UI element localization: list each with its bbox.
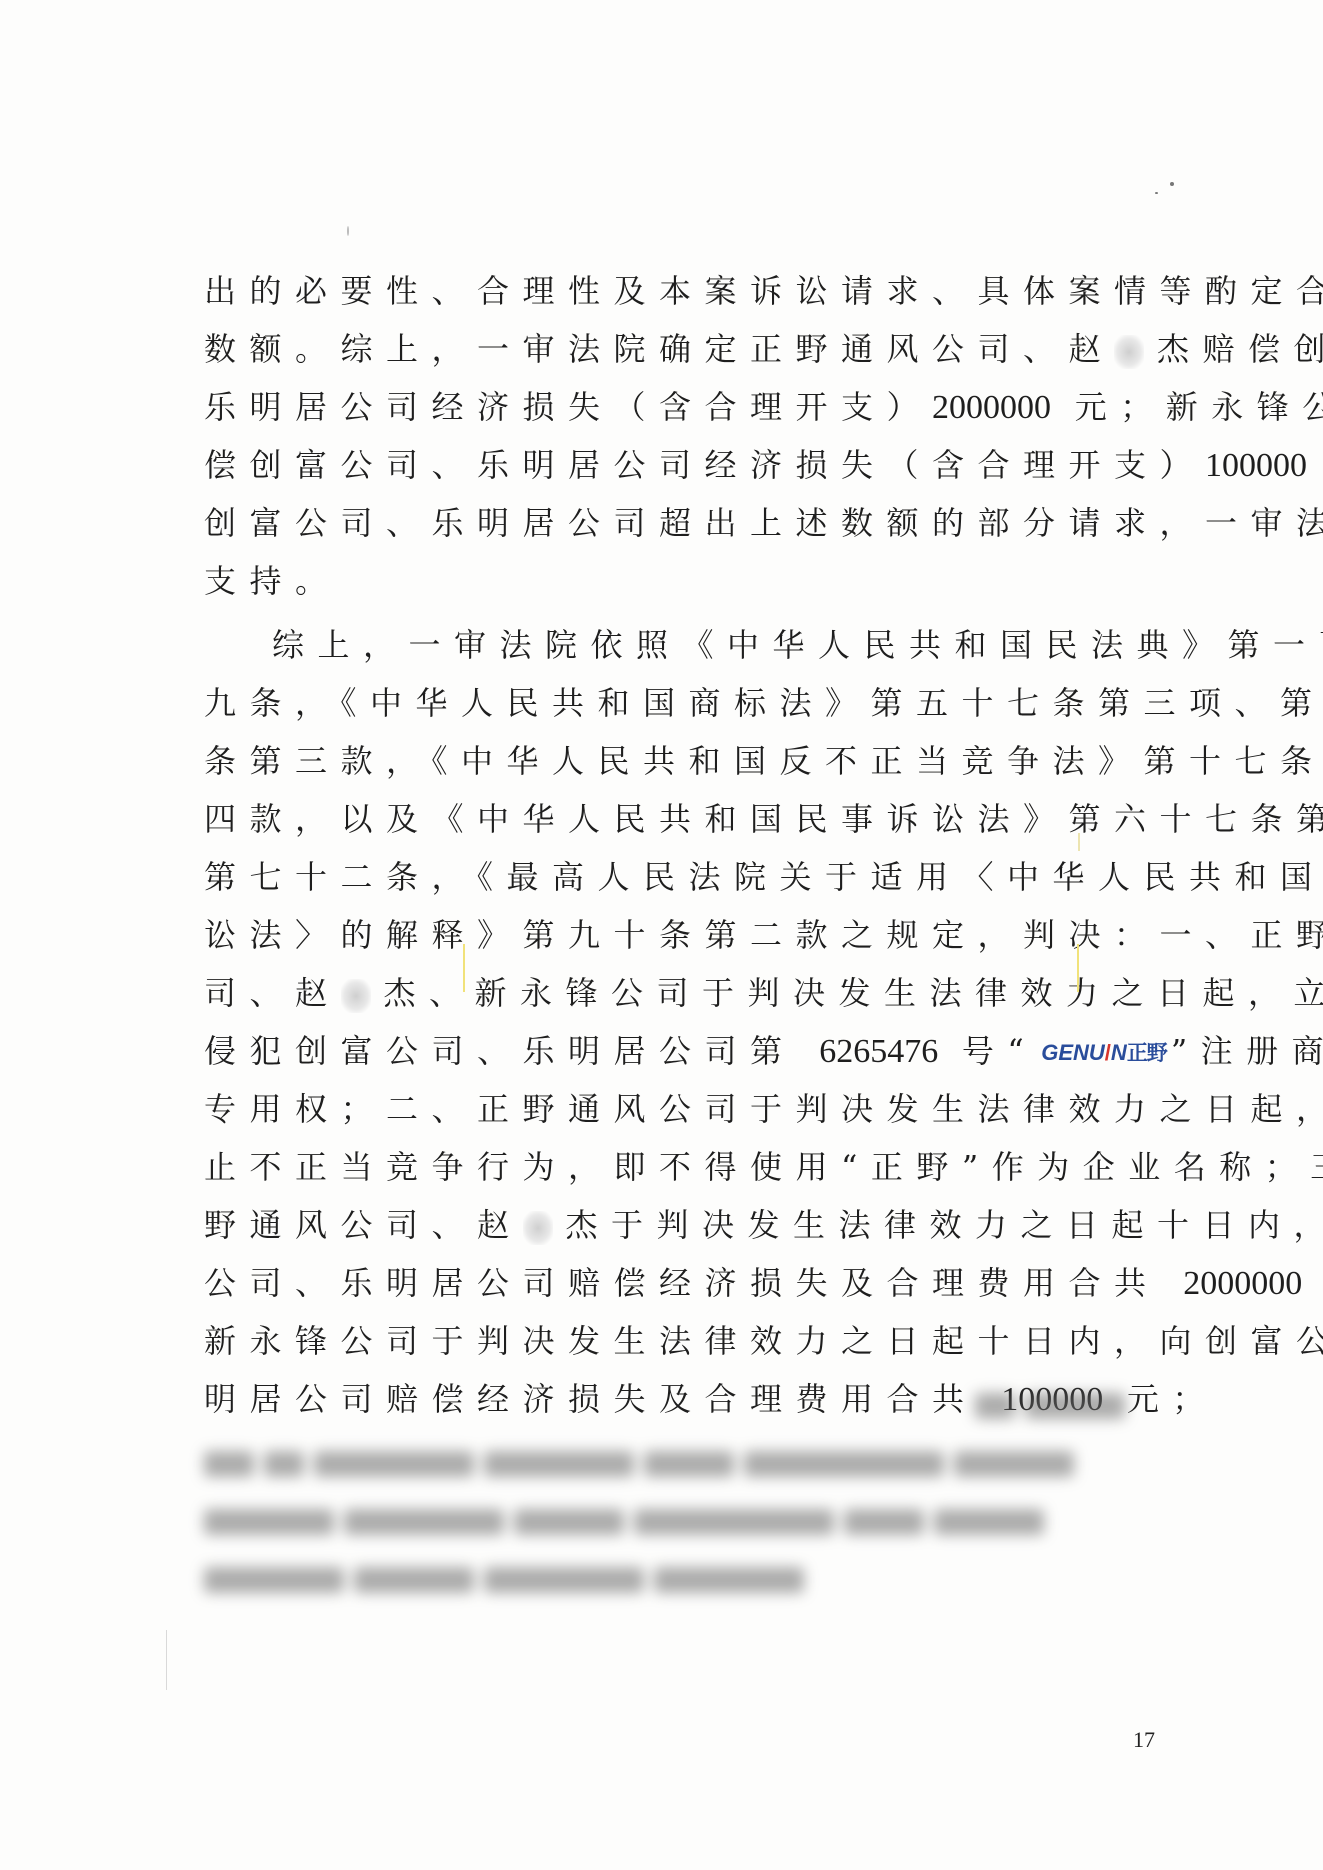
redacted-name-char — [523, 1211, 553, 1245]
text-segment: 号“ — [938, 1032, 1037, 1070]
trademark-registration-number: 6265476 — [819, 1033, 938, 1070]
redacted-text-block — [204, 1502, 1149, 1542]
text-segment: 公司、乐明居公司赔偿经济损失及合理费用合共 — [204, 1264, 1183, 1302]
text-line: 四款，以及《中华人民共和国民事诉讼法》第六十七条第一款、 — [204, 790, 1149, 848]
text-segment: 元；四、 — [1302, 1264, 1323, 1302]
text-line: 野通风公司、赵杰于判决发生法律效力之日起十日内，向创富 — [204, 1196, 1149, 1254]
redacted-text-block — [204, 1560, 884, 1600]
text-line: 侵犯创富公司、乐明居公司第 6265476 号“GENU/N正野”注册商标 — [204, 1022, 1149, 1080]
text-line: 综上，一审法院依照《中华人民共和国民法典》第一百七十 — [204, 616, 1149, 674]
text-segment: 杰于判决发生法律效力之日起十日内，向创富 — [566, 1206, 1323, 1244]
judgment-body: 出的必要性、合理性及本案诉讼请求、具体案情等酌定合理费用 数额。综上，一审法院确… — [204, 262, 1149, 1428]
text-segment: 元；新永锋公司赔 — [1051, 388, 1323, 426]
highlighter-mark — [1078, 833, 1080, 851]
text-line: 讼法〉的解释》第九十条第二款之规定，判决：一、正野通风公 — [204, 906, 1149, 964]
page-number: 17 — [1133, 1727, 1155, 1753]
text-line: 乐明居公司经济损失（含合理开支）2000000 元；新永锋公司赔 — [204, 378, 1149, 436]
highlighter-mark — [1077, 944, 1079, 992]
text-line: 司、赵杰、新永锋公司于判决发生法律效力之日起，立即停止 — [204, 964, 1149, 1022]
logo-chinese-text: 正野 — [1127, 1042, 1167, 1065]
text-line: 公司、乐明居公司赔偿经济损失及合理费用合共 2000000 元；四、 — [204, 1254, 1149, 1312]
text-line: 九条，《中华人民共和国商标法》第五十七条第三项、第六十三 — [204, 674, 1149, 732]
text-segment: 乐明居公司经济损失（含合理开支） — [204, 388, 932, 426]
document-page: 出的必要性、合理性及本案诉讼请求、具体案情等酌定合理费用 数额。综上，一审法院确… — [0, 0, 1323, 1870]
redacted-name-char — [1114, 335, 1144, 369]
scan-margin-line — [166, 1630, 167, 1690]
text-line: 专用权；二、正野通风公司于判决发生法律效力之日起，立即停 — [204, 1080, 1149, 1138]
text-line: 偿创富公司、乐明居公司经济损失（含合理开支）100000 元。 — [204, 436, 1149, 494]
text-line: 支持。 — [204, 552, 1149, 610]
text-segment: 野通风公司、赵 — [204, 1206, 523, 1244]
highlighter-mark — [463, 944, 465, 992]
text-segment: 元。 — [1307, 446, 1323, 484]
text-segment: 司、赵 — [204, 974, 341, 1012]
amount-value: 100000 — [1205, 447, 1307, 484]
redacted-name-char — [341, 979, 371, 1013]
scan-speck — [1155, 192, 1158, 194]
scan-speck — [347, 226, 349, 236]
logo-text: N — [1111, 1040, 1127, 1065]
text-segment: 侵犯创富公司、乐明居公司第 — [204, 1032, 819, 1070]
text-line: 条第三款，《中华人民共和国反不正当竞争法》第十七条第三、 — [204, 732, 1149, 790]
amount-value: 2000000 — [932, 389, 1051, 426]
text-line: 第七十二条，《最高人民法院关于适用〈中华人民共和国民事诉 — [204, 848, 1149, 906]
text-segment: 明居公司赔偿经济损失及合理费用合共 — [204, 1380, 1001, 1418]
text-line: 创富公司、乐明居公司超出上述数额的部分请求，一审法院不予 — [204, 494, 1149, 552]
redacted-text-block — [204, 1444, 1149, 1484]
text-segment: 偿创富公司、乐明居公司经济损失（含合理开支） — [204, 446, 1205, 484]
text-line: 数额。综上，一审法院确定正野通风公司、赵杰赔偿创富公司、 — [204, 320, 1149, 378]
text-line: 出的必要性、合理性及本案诉讼请求、具体案情等酌定合理费用 — [204, 262, 1149, 320]
text-segment: 杰、新永锋公司于判决发生法律效力之日起，立即停止 — [384, 974, 1323, 1012]
text-segment: 杰赔偿创富公司、 — [1157, 330, 1323, 368]
text-line: 止不正当竞争行为，即不得使用“正野”作为企业名称；三、正 — [204, 1138, 1149, 1196]
scan-speck — [1170, 182, 1174, 186]
redacted-text-block — [975, 1386, 1145, 1426]
text-segment: ”注册商标 — [1171, 1032, 1323, 1070]
text-line: 新永锋公司于判决发生法律效力之日起十日内，向创富公司、乐 — [204, 1312, 1149, 1370]
amount-value: 2000000 — [1183, 1265, 1302, 1302]
logo-text: GENU — [1041, 1040, 1105, 1065]
genuin-trademark-logo: GENU/N正野 — [1041, 1024, 1167, 1083]
text-segment: 数额。综上，一审法院确定正野通风公司、赵 — [204, 330, 1114, 368]
